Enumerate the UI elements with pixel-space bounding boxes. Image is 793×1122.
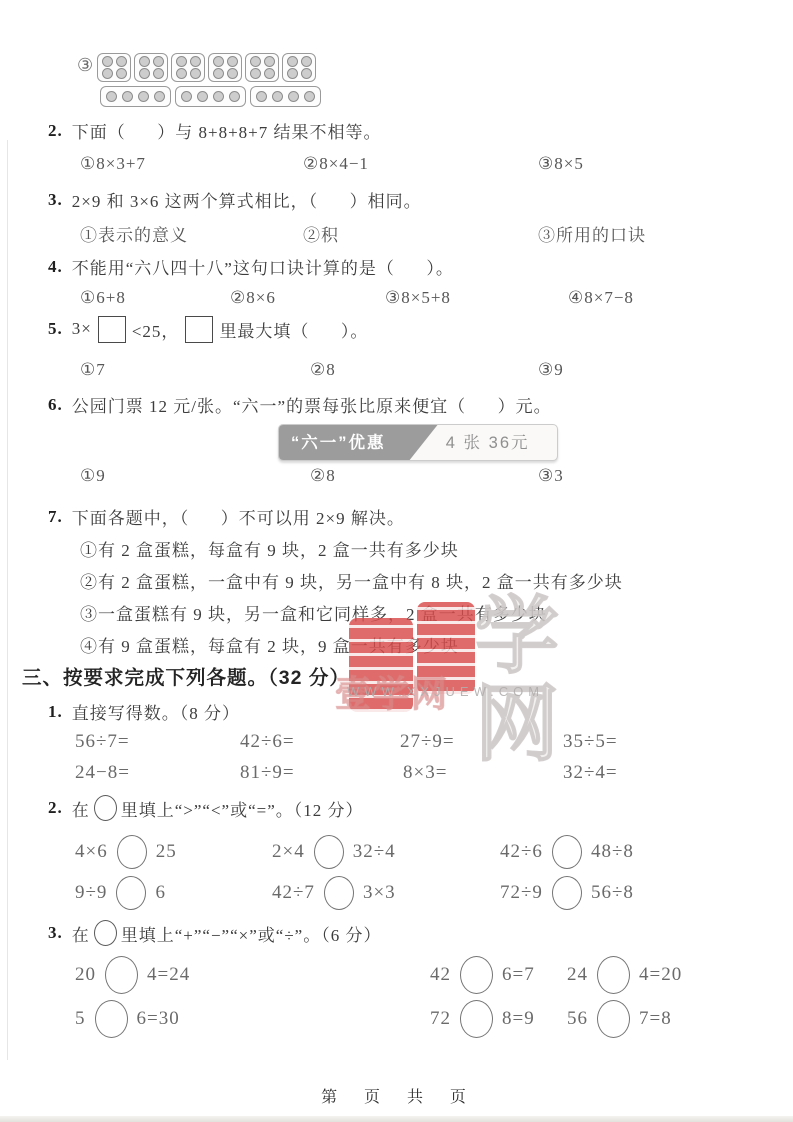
- task-title-post: 里填上“+”“−”“×”或“÷”。（6 分）: [121, 921, 382, 946]
- question-text: 下面各题中，（ ）不可以用 2×9 解决。: [72, 504, 405, 529]
- counter-dot: [304, 91, 315, 102]
- question-text: 2×9 和 3×6 这两个算式相比，（ ）相同。: [72, 187, 422, 212]
- option: ③8×5: [538, 154, 584, 174]
- figure-option-label: ③: [77, 55, 93, 76]
- counter-group-1x4: [100, 86, 171, 107]
- equation-item: 244=20: [567, 956, 682, 994]
- comparison-item: 4×625: [75, 835, 177, 869]
- rhs: 8=9: [502, 1008, 535, 1030]
- expression: 42÷6=: [240, 731, 295, 753]
- lhs: 4×6: [75, 841, 108, 863]
- option: ③所用的口诀: [538, 221, 646, 246]
- lhs: 56: [567, 1008, 588, 1030]
- counter-dot: [122, 91, 133, 102]
- rhs: 6=30: [137, 1008, 180, 1030]
- counter-group-1x4: [250, 86, 321, 107]
- comparison-item: 2×432÷4: [272, 835, 396, 869]
- comparison-row: 9÷96 42÷73×3 72÷956÷8: [0, 876, 793, 920]
- question-7-item: ③一盒蛋糕有 9 块，另一盒和它同样多，2 盒一共有多少块: [80, 600, 547, 625]
- counter-dot: [176, 68, 187, 79]
- task-number: 1.: [48, 702, 63, 722]
- rhs: 4=24: [147, 964, 190, 986]
- watermark-small-characters: 壹学网: [335, 666, 449, 717]
- counter-dot: [213, 68, 224, 79]
- option: ②8×6: [230, 288, 276, 308]
- counter-dot: [250, 68, 261, 79]
- question-4-options: ①6+8 ②8×6 ③8×5+8 ④8×7−8: [0, 288, 793, 314]
- lhs: 24: [567, 964, 588, 986]
- question-number: 6.: [48, 395, 63, 415]
- counter-dot: [102, 56, 113, 67]
- lhs: 42÷7: [272, 882, 315, 904]
- question-7-item: ②有 2 盒蛋糕，一盒中有 9 块，另一盒中有 8 块，2 盒一共有多少块: [80, 568, 623, 593]
- lhs: 5: [75, 1008, 86, 1030]
- counter-group-2x2: [171, 53, 205, 82]
- counter-dot: [213, 56, 224, 67]
- counter-row-1: [97, 53, 319, 82]
- answer-circle: [314, 835, 344, 869]
- option: ②8: [310, 466, 336, 486]
- task-2: 2. 在 里填上“>”“<”或“=”。（12 分）: [48, 795, 364, 821]
- task-3: 3. 在 里填上“+”“−”“×”或“÷”。（6 分）: [48, 920, 381, 946]
- expression: 8×3=: [403, 762, 447, 784]
- counter-dot: [287, 68, 298, 79]
- rhs: 7=8: [639, 1008, 672, 1030]
- equation-item: 728=9: [430, 1000, 535, 1038]
- calc-row: 24−8= 81÷9= 8×3= 32÷4=: [0, 762, 793, 790]
- watermark-url: WWW.XXJUEW.COM: [347, 684, 544, 699]
- rhs: 6=7: [502, 964, 535, 986]
- page-footer: 第 页 共 页: [0, 1084, 793, 1107]
- worksheet-page: ③ 2. 下面（ ）与 8+8+8+7 结果不相等。 ①8×3+7 ②8×4−1…: [0, 0, 793, 1122]
- answer-circle: [324, 876, 354, 910]
- answer-circle: [94, 795, 117, 821]
- counter-dot: [264, 56, 275, 67]
- counter-dot: [272, 91, 283, 102]
- comparison-item: 42÷648÷8: [500, 835, 634, 869]
- option: ①8×3+7: [80, 154, 146, 174]
- counter-dot: [250, 56, 261, 67]
- lhs: 20: [75, 964, 96, 986]
- expression: 56÷7=: [75, 731, 130, 753]
- option: ①9: [80, 466, 106, 486]
- expression: 24−8=: [75, 762, 130, 784]
- answer-box: [98, 316, 126, 343]
- answer-circle: [460, 956, 493, 994]
- option: ②积: [303, 221, 339, 246]
- equation-item: 56=30: [75, 1000, 180, 1038]
- rhs: 56÷8: [591, 882, 634, 904]
- answer-circle: [597, 1000, 630, 1038]
- answer-circle: [552, 835, 582, 869]
- question-5-options: ①7 ②8 ③9: [0, 360, 793, 386]
- question-7-item: ①有 2 盒蛋糕，每盒有 9 块，2 盒一共有多少块: [80, 536, 459, 561]
- counter-dot: [229, 91, 240, 102]
- ticket-label: “六一”优惠: [291, 425, 386, 461]
- option: ②8: [310, 360, 336, 380]
- option: ②8×4−1: [303, 154, 369, 174]
- counter-dot: [181, 91, 192, 102]
- scan-bottom-shadow: [0, 1116, 793, 1122]
- answer-circle: [552, 876, 582, 910]
- counter-dot: [154, 91, 165, 102]
- counter-row-2: [100, 86, 325, 107]
- answer-circle: [94, 920, 117, 946]
- question-number: 7.: [48, 507, 63, 527]
- question-text: 公园门票 12 元/张。“六一”的票每张比原来便宜（ ）元。: [72, 392, 552, 417]
- question-number: 3.: [48, 190, 63, 210]
- answer-circle: [117, 835, 147, 869]
- counter-dot: [301, 68, 312, 79]
- equation-item: 426=7: [430, 956, 535, 994]
- counter-dot: [153, 56, 164, 67]
- counter-dot: [287, 56, 298, 67]
- counter-dot: [264, 68, 275, 79]
- counter-dot: [288, 91, 299, 102]
- rhs: 6: [155, 882, 166, 904]
- answer-box: [185, 316, 213, 343]
- answer-circle: [116, 876, 146, 910]
- comparison-item: 42÷73×3: [272, 876, 396, 910]
- counter-dot: [106, 91, 117, 102]
- question-text: 不能用“六八四十八”这句口诀计算的是（ ）。: [72, 254, 454, 279]
- counter-dot: [190, 56, 201, 67]
- counter-dot: [116, 68, 127, 79]
- lhs: 2×4: [272, 841, 305, 863]
- counter-dot: [227, 68, 238, 79]
- question-text-mid: <25，: [132, 317, 180, 342]
- option: ③3: [538, 466, 564, 486]
- task-1: 1. 直接写得数。（8 分）: [48, 699, 240, 724]
- question-3-options: ①表示的意义 ②积 ③所用的口诀: [0, 221, 793, 247]
- option: ④8×7−8: [568, 288, 634, 308]
- counter-dot: [197, 91, 208, 102]
- counter-dot: [139, 56, 150, 67]
- equation-row: 204=24 426=7 244=20: [0, 956, 793, 1000]
- ticket-price: 4 张 36元: [446, 425, 530, 461]
- question-5: 5. 3× <25， 里最大填（ ）。: [48, 312, 368, 346]
- question-7-item: ④有 9 盒蛋糕，每盒有 2 块，9 盒一共有多少块: [80, 632, 459, 657]
- rhs: 25: [156, 841, 177, 863]
- question-4: 4. 不能用“六八四十八”这句口诀计算的是（ ）。: [48, 254, 454, 279]
- answer-circle: [105, 956, 138, 994]
- answer-circle: [597, 956, 630, 994]
- question-text-pre: 3×: [72, 319, 92, 339]
- expression: 32÷4=: [563, 762, 618, 784]
- counter-dot: [139, 68, 150, 79]
- answer-circle: [460, 1000, 493, 1038]
- lhs: 72÷9: [500, 882, 543, 904]
- question-text: 下面（ ）与 8+8+8+7 结果不相等。: [72, 118, 382, 143]
- counter-dot: [256, 91, 267, 102]
- question-number: 4.: [48, 257, 63, 277]
- task-number: 3.: [48, 923, 63, 943]
- question-3: 3. 2×9 和 3×6 这两个算式相比，（ ）相同。: [48, 187, 422, 212]
- option: ①6+8: [80, 288, 126, 308]
- task-number: 2.: [48, 798, 63, 818]
- counter-group-1x4: [175, 86, 246, 107]
- equation-item: 567=8: [567, 1000, 672, 1038]
- question-6: 6. 公园门票 12 元/张。“六一”的票每张比原来便宜（ ）元。: [48, 392, 552, 417]
- option: ③9: [538, 360, 564, 380]
- question-2: 2. 下面（ ）与 8+8+8+7 结果不相等。: [48, 118, 382, 143]
- task-title-post: 里填上“>”“<”或“=”。（12 分）: [121, 796, 364, 821]
- expression: 81÷9=: [240, 762, 295, 784]
- option: ①7: [80, 360, 106, 380]
- task-title-pre: 在: [72, 921, 90, 946]
- counter-dot: [227, 56, 238, 67]
- lhs: 72: [430, 1008, 451, 1030]
- counter-group-2x2: [134, 53, 168, 82]
- counter-dot: [138, 91, 149, 102]
- comparison-item: 72÷956÷8: [500, 876, 634, 910]
- lhs: 9÷9: [75, 882, 107, 904]
- lhs: 42÷6: [500, 841, 543, 863]
- answer-circle: [95, 1000, 128, 1038]
- counter-dot: [116, 56, 127, 67]
- calc-row: 56÷7= 42÷6= 27÷9= 35÷5=: [0, 731, 793, 759]
- task-title-pre: 在: [72, 796, 90, 821]
- equation-row: 56=30 728=9 567=8: [0, 1000, 793, 1044]
- rhs: 3×3: [363, 882, 396, 904]
- question-6-options: ①9 ②8 ③3: [0, 466, 793, 492]
- question-text-post: 里最大填（ ）。: [219, 317, 368, 342]
- rhs: 32÷4: [353, 841, 396, 863]
- counter-dot: [176, 56, 187, 67]
- discount-ticket: “六一”优惠 4 张 36元: [278, 424, 558, 461]
- rhs: 48÷8: [591, 841, 634, 863]
- counter-dot: [301, 56, 312, 67]
- counter-dot: [102, 68, 113, 79]
- comparison-row: 4×625 2×432÷4 42÷648÷8: [0, 835, 793, 879]
- question-7: 7. 下面各题中，（ ）不可以用 2×9 解决。: [48, 504, 405, 529]
- scan-edge-line: [7, 140, 8, 1060]
- option: ③8×5+8: [385, 288, 451, 308]
- counter-group-2x2: [245, 53, 279, 82]
- counter-group-2x2: [208, 53, 242, 82]
- counter-dot: [213, 91, 224, 102]
- counter-dot: [153, 68, 164, 79]
- counter-dot: [190, 68, 201, 79]
- expression: 35÷5=: [563, 731, 618, 753]
- question-number: 5.: [48, 319, 63, 339]
- comparison-item: 9÷96: [75, 876, 166, 910]
- option: ①表示的意义: [80, 221, 188, 246]
- expression: 27÷9=: [400, 731, 455, 753]
- lhs: 42: [430, 964, 451, 986]
- counter-group-2x2: [282, 53, 316, 82]
- section-heading: 三、按要求完成下列各题。（32 分）: [22, 662, 350, 690]
- counter-group-2x2: [97, 53, 131, 82]
- task-title: 直接写得数。（8 分）: [72, 699, 240, 724]
- question-number: 2.: [48, 121, 63, 141]
- rhs: 4=20: [639, 964, 682, 986]
- question-2-options: ①8×3+7 ②8×4−1 ③8×5: [0, 154, 793, 180]
- equation-item: 204=24: [75, 956, 190, 994]
